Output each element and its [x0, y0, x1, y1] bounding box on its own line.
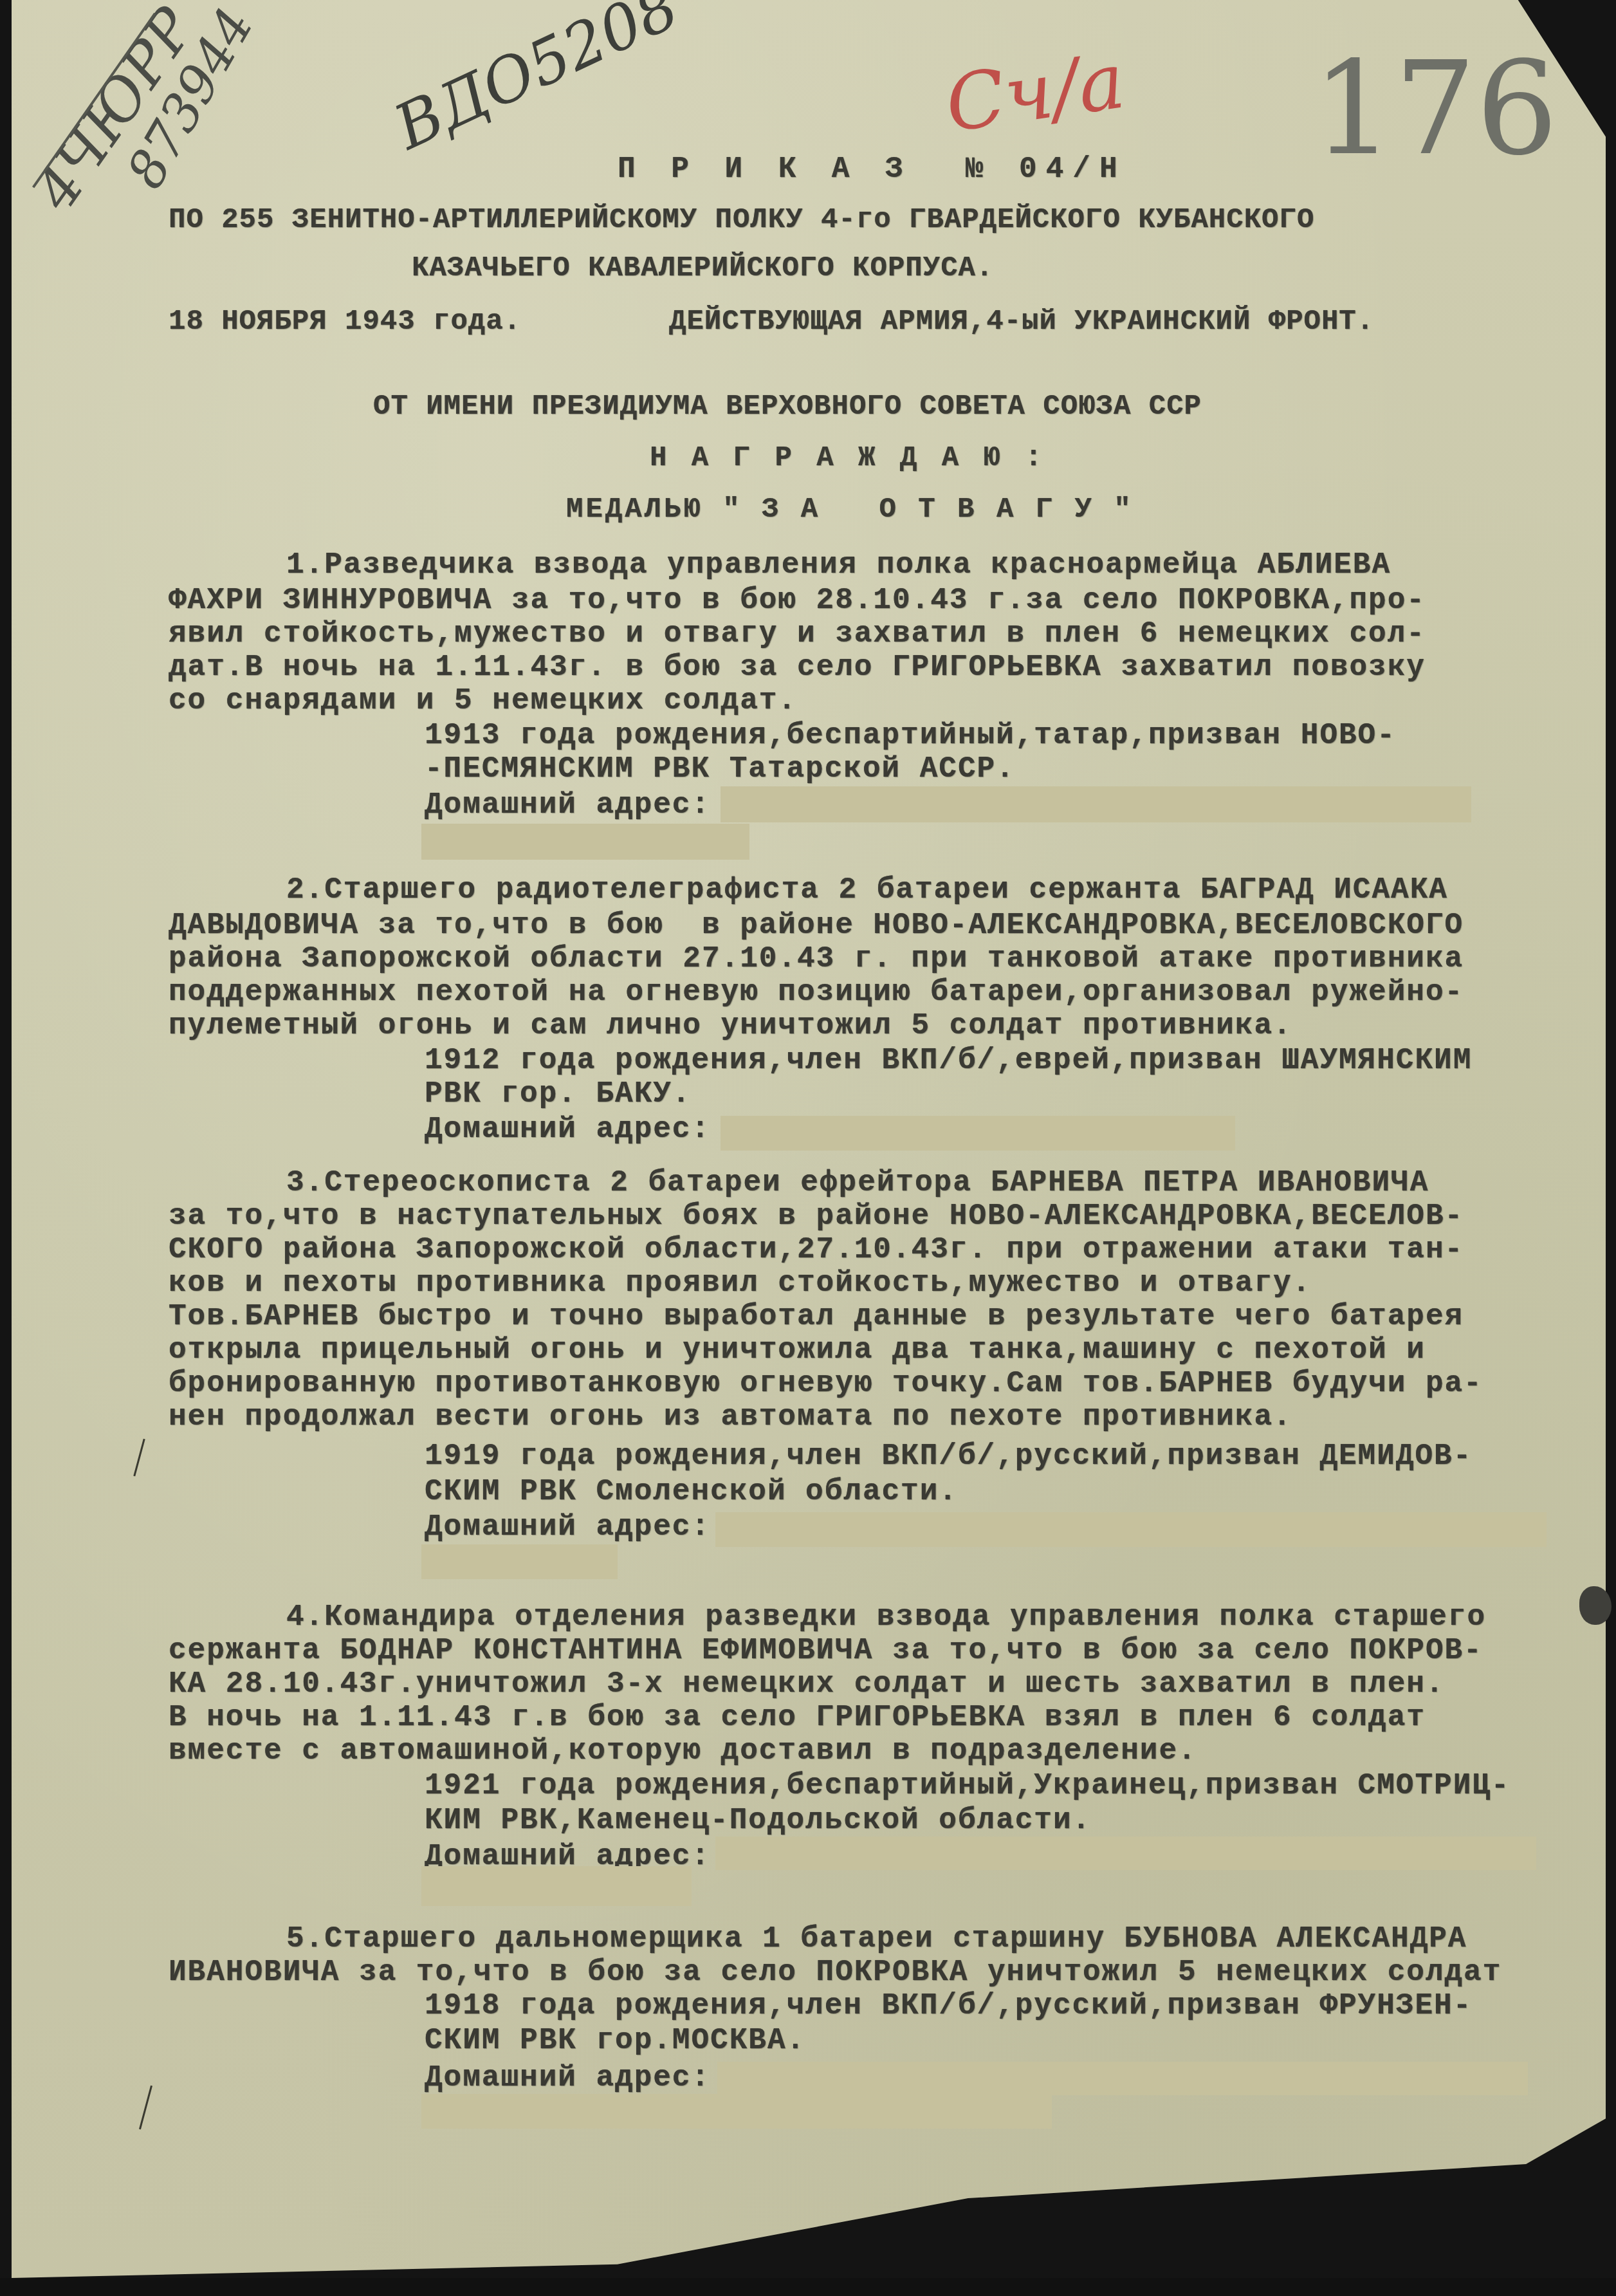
- entry-bio-line: 1918 года рождения,член ВКП/б/,русский,п…: [425, 1991, 1472, 2021]
- home-address-label: Домашний адрес:: [425, 2063, 710, 2093]
- home-address-label: Домашний адрес:: [425, 790, 710, 820]
- redacted-address: [721, 1116, 1235, 1151]
- redacted-address-continuation: [421, 1866, 692, 1906]
- redacted-address: [715, 1512, 1547, 1547]
- redacted-address: [717, 2062, 1528, 2095]
- entry-bio-line: -ПЕСМЯНСКИМ РВК Татарской АССР.: [425, 754, 1015, 784]
- entry-text-line: дат.В ночь на 1.11.43г. в бою за село ГР…: [169, 653, 1426, 682]
- entry-bio-line: 1913 года рождения,беспартийный,татар,пр…: [425, 721, 1396, 750]
- entry-bio-line: 1919 года рождения,член ВКП/б/,русский,п…: [425, 1441, 1472, 1471]
- scan-background: [0, 2278, 1616, 2296]
- page-number: 176: [1312, 45, 1558, 174]
- entry-bio-line: 1912 года рождения,член ВКП/б/,еврей,при…: [425, 1046, 1472, 1075]
- entry-text-line: сержанта БОДНАР КОНСТАНТИНА ЕФИМОВИЧА за…: [169, 1636, 1483, 1665]
- order-title: П Р И К А З № 04/Н: [618, 154, 1126, 184]
- redacted-address-continuation: [421, 1544, 618, 1579]
- entry-text-line: за то,что в наступательных боях в районе…: [169, 1201, 1464, 1231]
- entry-bio-line: КИМ РВК,Каменец-Подольской области.: [425, 1806, 1091, 1835]
- preamble-presidium: ОТ ИМЕНИ ПРЕЗИДИУМА ВЕРХОВНОГО СОВЕТА СО…: [373, 393, 1202, 421]
- entry-text-line: 3.Стереоскописта 2 батареи ефрейтора БАР…: [286, 1168, 1429, 1198]
- red-pencil-mark: Сч/а: [941, 42, 1129, 144]
- entry-text-line: Тов.БАРНЕВ быстро и точно выработал данн…: [169, 1302, 1464, 1331]
- redacted-address: [721, 786, 1471, 822]
- entry-bio-line: 1921 года рождения,беспартийный,Украинец…: [425, 1771, 1510, 1801]
- entry-text-line: ДАВЫДОВИЧА за то,что в бою в районе НОВО…: [169, 911, 1464, 940]
- entry-text-line: бронированную противотанковую огневую то…: [169, 1369, 1483, 1398]
- entry-text-line: В ночь на 1.11.43 г.в бою за село ГРИГОР…: [169, 1703, 1426, 1732]
- entry-text-line: 5.Старшего дальномерщика 1 батареи старш…: [286, 1924, 1467, 1954]
- entry-text-line: района Запорожской области 27.10.43 г. п…: [169, 944, 1464, 974]
- entry-text-line: 4.Командира отделения разведки взвода уп…: [286, 1602, 1486, 1632]
- entry-text-line: со снарядами и 5 немецких солдат.: [169, 686, 797, 716]
- preamble-award: Н А Г Р А Ж Д А Ю :: [650, 444, 1046, 472]
- entry-text-line: ФАХРИ ЗИННУРОВИЧА за то,что в бою 28.10.…: [169, 586, 1426, 615]
- preamble-medal: МЕДАЛЬЮ " З А О Т В А Г У ": [566, 495, 1134, 524]
- entry-bio-line: СКИМ РВК Смоленской области.: [425, 1477, 958, 1506]
- order-date: 18 НОЯБРЯ 1943 года.: [169, 308, 521, 336]
- entry-text-line: вместе с автомашиной,которую доставил в …: [169, 1736, 1197, 1766]
- ink-blot: [1579, 1586, 1611, 1625]
- entry-bio-line: РВК гор. БАКУ.: [425, 1079, 691, 1109]
- entry-text-line: ков и пехоты противника проявил стойкост…: [169, 1268, 1311, 1298]
- order-location: ДЕЙСТВУЮЩАЯ АРМИЯ,4-ый УКРАИНСКИЙ ФРОНТ.: [669, 308, 1374, 336]
- redacted-address-continuation: [421, 824, 749, 860]
- home-address-label: Домашний адрес:: [425, 1115, 710, 1144]
- entry-bio-line: СКИМ РВК гор.МОСКВА.: [425, 2026, 805, 2055]
- entry-text-line: ИВАНОВИЧА за то,что в бою за село ПОКРОВ…: [169, 1958, 1501, 1987]
- redacted-address: [715, 1837, 1536, 1870]
- entry-text-line: 1.Разведчика взвода управления полка кра…: [286, 550, 1391, 580]
- entry-text-line: поддержанных пехотой на огневую позицию …: [169, 977, 1464, 1007]
- entry-text-line: СКОГО района Запорожской области,27.10.4…: [169, 1235, 1464, 1264]
- header-line-2: КАЗАЧЬЕГО КАВАЛЕРИЙСКОГО КОРПУСА.: [412, 254, 993, 282]
- entry-text-line: КА 28.10.43г.уничтожил 3-х немецких солд…: [169, 1669, 1445, 1699]
- header-line-1: ПО 255 ЗЕНИТНО-АРТИЛЛЕРИЙСКОМУ ПОЛКУ 4-г…: [169, 206, 1314, 234]
- entry-text-line: пулеметный огонь и сам лично уничтожил 5…: [169, 1011, 1292, 1041]
- entry-text-line: явил стойкость,мужество и отвагу и захва…: [169, 619, 1426, 649]
- home-address-label: Домашний адрес:: [425, 1512, 710, 1542]
- redacted-address-continuation: [421, 2094, 1052, 2129]
- entry-text-line: нен продолжал вести огонь из автомата по…: [169, 1402, 1292, 1432]
- entry-text-line: открыла прицельный огонь и уничтожила дв…: [169, 1335, 1426, 1365]
- entry-text-line: 2.Старшего радиотелеграфиста 2 батареи с…: [286, 875, 1448, 905]
